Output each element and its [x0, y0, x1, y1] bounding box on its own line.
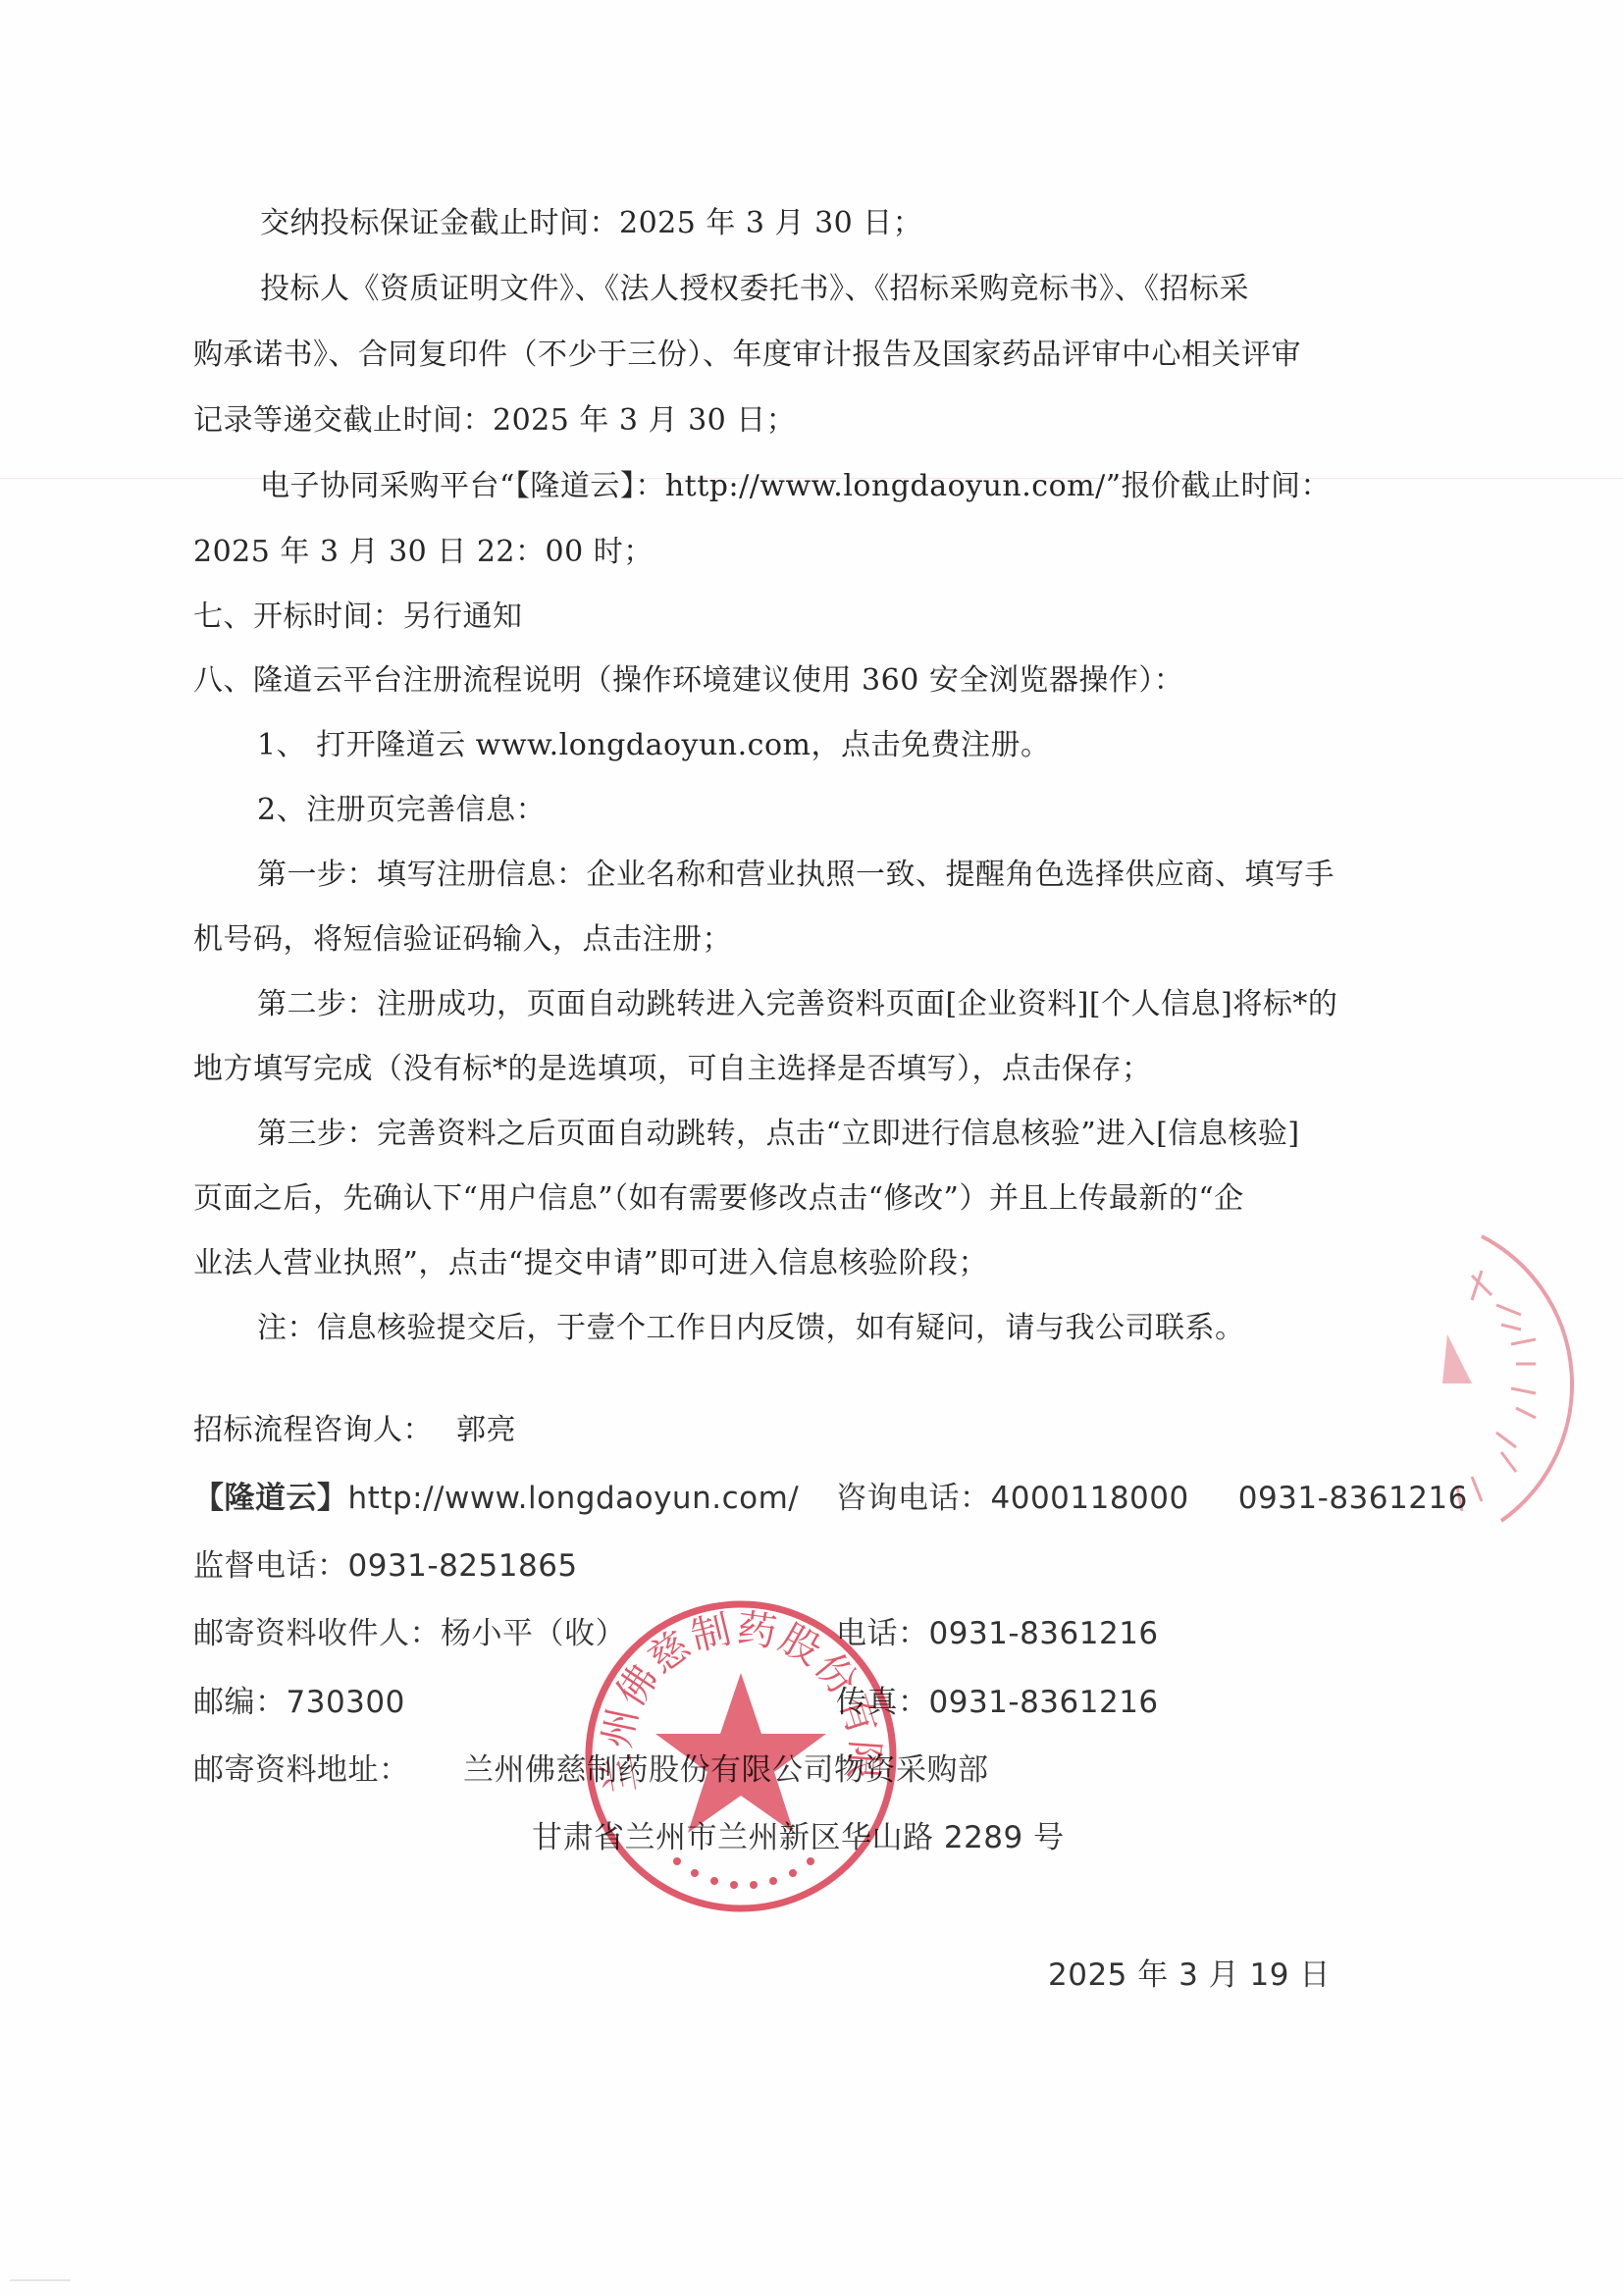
platform-deadline-line1: 电子协同采购平台“【隆道云】：http://www.longdaoyun.com… [260, 467, 1331, 506]
phone-row: 电话：0931-8361216 [836, 1614, 1159, 1653]
deposit-deadline-text: 交纳投标保证金截止时间：2025 年 3 月 30 日； [260, 204, 922, 243]
consultant-label: 招标流程咨询人： [193, 1413, 433, 1447]
address-label: 邮寄资料地址： [193, 1750, 410, 1790]
postcode-value: 730300 [287, 1685, 405, 1720]
hotline-row: 咨询电话：40001180000931-8361216 [836, 1479, 1468, 1518]
step-3-line2: 页面之后，先确认下“用户信息”（如有需要修改点击“修改”）并且上传最新的“企 [193, 1179, 1244, 1219]
consultant-name: 郭亮 [456, 1413, 516, 1447]
mail-recipient-label: 邮寄资料收件人： [193, 1616, 441, 1651]
step-open-prefix: 1、 打开隆道云 [257, 728, 476, 762]
mail-recipient-row: 邮寄资料收件人：杨小平（收） [193, 1614, 626, 1653]
documents-deadline-line2: 购承诺书》、合同复印件（不少于三份）、年度审计报告及国家药品评审中心相关评审 [193, 336, 1301, 375]
longdaoyun-site-link[interactable]: www.longdaoyun.com [476, 728, 811, 762]
step-1-line2: 机号码，将短信验证码输入，点击注册； [193, 920, 732, 960]
scan-mark-artifact [10, 2279, 71, 2281]
step-2-line2: 地方填写完成（没有标*的是选填项，可自主选择是否填写），点击保存； [193, 1050, 1152, 1089]
cross-page-seal-stamp [1442, 1217, 1623, 1540]
fax-row: 传真：0931-8361216 [836, 1683, 1159, 1722]
documents-deadline-line3: 记录等递交截止时间：2025 年 3 月 30 日； [193, 401, 796, 441]
step-3-line1: 第三步：完善资料之后页面自动跳转，点击“立即进行信息核验”进入[信息核验] [257, 1115, 1300, 1154]
platform-deadline-line2: 2025 年 3 月 30 日 22：00 时； [193, 533, 654, 572]
platform-deadline-prefix: 电子协同采购平台“【隆道云】： [260, 469, 665, 503]
step-3-line3: 业法人营业执照”，点击“提交申请”即可进入信息核验阶段； [193, 1244, 988, 1283]
platform-brand: 【隆道云】 [193, 1481, 348, 1516]
supervision-phone: 0931-8251865 [348, 1548, 578, 1584]
phone-number: 0931-8361216 [929, 1616, 1159, 1651]
platform-deadline-suffix: ”报价截止时间： [1106, 469, 1331, 503]
step-open-site: 1、 打开隆道云 www.longdaoyun.com，点击免费注册。 [257, 726, 1050, 765]
consultant-row: 招标流程咨询人：郭亮 [193, 1411, 516, 1450]
platform-contact-url-link[interactable]: http://www.longdaoyun.com/ [348, 1481, 800, 1516]
mail-recipient-name: 杨小平（收） [441, 1616, 626, 1651]
section-8-registration-heading: 八、隆道云平台注册流程说明（操作环境建议使用 360 安全浏览器操作）： [193, 661, 1183, 701]
step-open-suffix: ，点击免费注册。 [811, 728, 1050, 762]
platform-contact-row: 【隆道云】http://www.longdaoyun.com/ [193, 1479, 799, 1518]
step-2-line1: 第二步：注册成功，页面自动跳转进入完善资料页面[企业资料][个人信息]将标*的 [257, 985, 1337, 1024]
postcode-row: 邮编：730300 [193, 1683, 405, 1722]
postcode-label: 邮编： [193, 1685, 287, 1720]
supervision-row: 监督电话：0931-8251865 [193, 1546, 578, 1586]
section-7-bid-opening: 七、开标时间：另行通知 [193, 598, 523, 637]
hotline-number-1: 4000118000 [991, 1481, 1189, 1516]
partial-seal-star-icon [1442, 1334, 1472, 1383]
seal-serial-dots [673, 1857, 814, 1889]
hotline-number-2: 0931-8361216 [1238, 1481, 1468, 1516]
supervision-label: 监督电话： [193, 1548, 348, 1584]
documents-deadline-line1: 投标人《资质证明文件》、《法人授权委托书》、《招标采购竞标书》、《招标采 [260, 270, 1249, 309]
phone-label: 电话： [836, 1616, 929, 1651]
document-page: 交纳投标保证金截止时间：2025 年 3 月 30 日； 投标人《资质证明文件》… [0, 0, 1623, 2296]
fax-label: 传真： [836, 1685, 929, 1720]
platform-url-link[interactable]: http://www.longdaoyun.com/ [665, 469, 1106, 503]
step-1-line1: 第一步：填写注册信息：企业名称和营业执照一致、提醒角色选择供应商、填写手 [257, 856, 1335, 895]
hotline-label: 咨询电话： [836, 1481, 991, 1516]
address-line1: 兰州佛慈制药股份有限公司物资采购部 [463, 1750, 989, 1790]
step-complete-info: 2、注册页完善信息： [257, 791, 546, 830]
fax-number: 0931-8361216 [929, 1685, 1159, 1720]
note-text: 注：信息核验提交后，于壹个工作日内反馈，如有疑问，请与我公司联系。 [257, 1309, 1245, 1348]
address-line2: 甘肃省兰州市兰州新区华山路 2289 号 [532, 1818, 1065, 1857]
signature-date: 2025 年 3 月 19 日 [1048, 1956, 1331, 1995]
